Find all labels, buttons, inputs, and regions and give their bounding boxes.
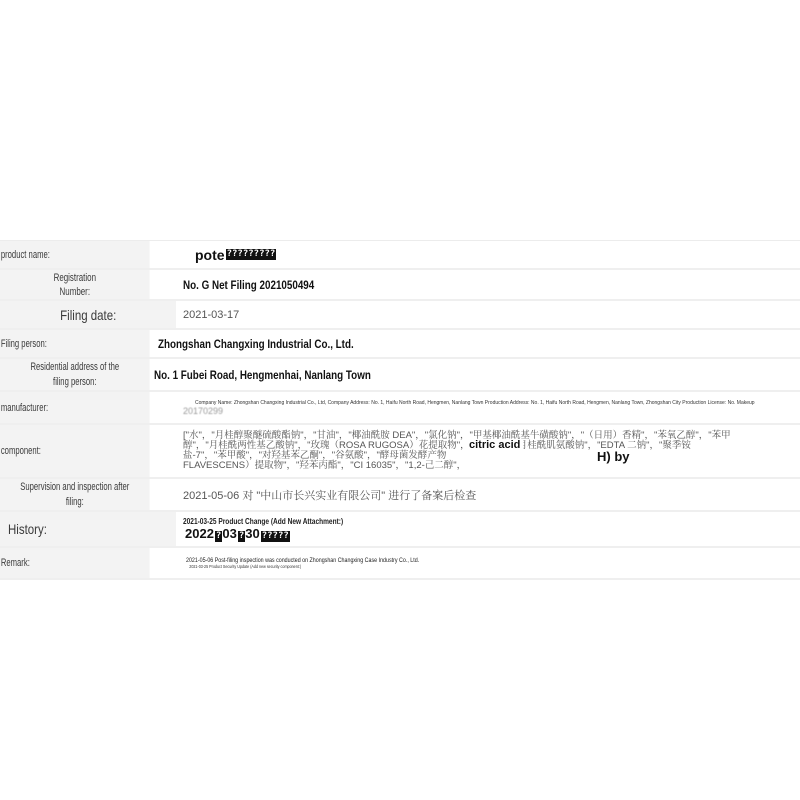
- row-filing-person: Filing person: Zhongshan Changxing Indus…: [0, 330, 800, 359]
- history-line-2: 2022?03?30?????: [185, 526, 290, 542]
- remark-label: Remark:: [0, 548, 150, 578]
- registration-number-label: Registration Number:: [0, 270, 150, 299]
- row-supervision: Supervision and inspection after filing:…: [0, 479, 800, 512]
- row-manufacturer: manufacturer: Company Name: Zhongshan Ch…: [0, 392, 800, 425]
- manufacturer-value: Company Name: Zhongshan Changxing Indust…: [176, 392, 800, 423]
- row-filing-date: Filing date: 2021-03-17: [0, 301, 800, 330]
- history-line-1: 2021-03-25 Product Change (Add New Attac…: [183, 517, 343, 526]
- history-value: 2021-03-25 Product Change (Add New Attac…: [176, 512, 800, 546]
- filing-person-value: Zhongshan Changxing Industrial Co., Ltd.: [151, 330, 800, 357]
- component-value: ["水"，"月桂醇聚醚硫酸酯钠"，"甘油"，"椰油酰胺 DEA"，"氯化钠"，"…: [176, 425, 800, 477]
- component-overlay-by: H) by: [593, 449, 634, 464]
- component-label: component:: [0, 425, 150, 477]
- row-registration-number: Registration Number: No. G Net Filing 20…: [0, 270, 800, 301]
- filing-date-value: 2021-03-17: [176, 301, 800, 328]
- product-name-text: pote: [195, 247, 225, 263]
- row-remark: Remark: 2021-05-06 Post-filing inspectio…: [0, 548, 800, 580]
- manufacturer-label: manufacturer:: [0, 392, 150, 423]
- component-overlay-citric-acid: citric acid: [466, 439, 523, 451]
- manufacturer-blurred: 20170299: [183, 406, 223, 416]
- row-history: History: 2021-03-25 Product Change (Add …: [0, 512, 800, 548]
- remark-value: 2021-05-06 Post-filing inspection was co…: [176, 548, 800, 578]
- remark-line-1: 2021-05-06 Post-filing inspection was co…: [186, 557, 419, 564]
- product-name-value: pote?????????: [176, 241, 800, 268]
- filing-person-label: Filing person:: [0, 330, 150, 357]
- history-label: History:: [0, 512, 176, 546]
- registration-number-value: No. G Net Filing 2021050494: [176, 270, 800, 299]
- filing-date-label: Filing date:: [0, 301, 176, 328]
- residential-address-value: No. 1 Fubei Road, Hengmenhai, Nanlang To…: [147, 359, 800, 390]
- garbled-text: ?????????: [226, 249, 277, 260]
- residential-address-label: Residential address of the filing person…: [0, 359, 150, 390]
- manufacturer-text: Company Name: Zhongshan Changxing Indust…: [183, 400, 755, 406]
- supervision-value: 2021-05-06 对 "中山市长兴实业有限公司" 进行了备案后检查: [176, 479, 800, 510]
- row-component: component: ["水"，"月桂醇聚醚硫酸酯钠"，"甘油"，"椰油酰胺 D…: [0, 425, 800, 479]
- supervision-label: Supervision and inspection after filing:: [0, 479, 150, 510]
- remark-line-2: 2021-03-25 Product Security Update (Add …: [186, 564, 301, 569]
- filing-info-table: product name: pote????????? Registration…: [0, 240, 800, 580]
- product-name-label: product name:: [0, 241, 150, 268]
- row-residential-address: Residential address of the filing person…: [0, 359, 800, 392]
- component-line: FLAVESCENS）提取物"，"羟苯丙酯"，"CI 16035"，"1,2-己…: [183, 461, 466, 471]
- row-product-name: product name: pote?????????: [0, 241, 800, 270]
